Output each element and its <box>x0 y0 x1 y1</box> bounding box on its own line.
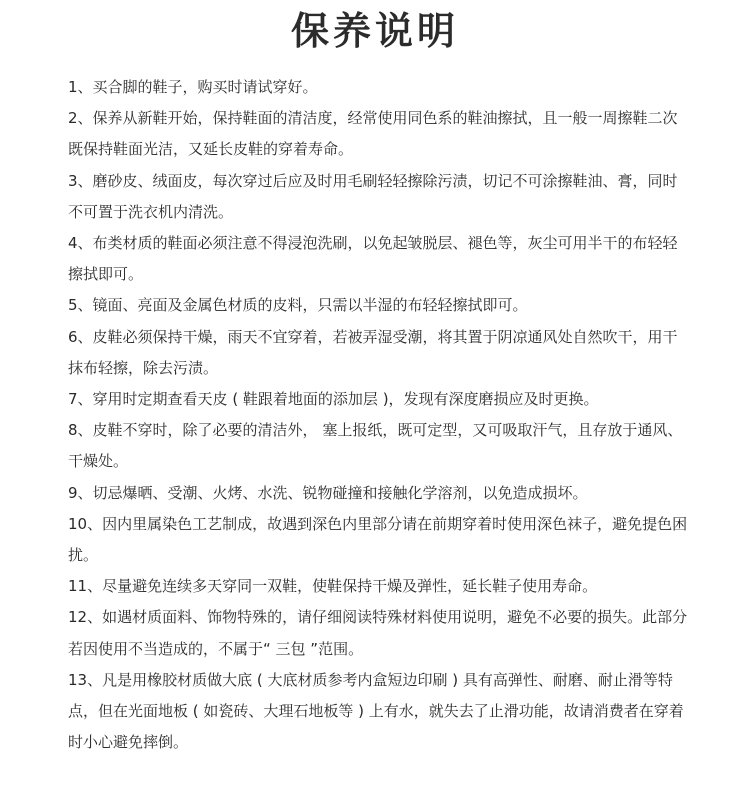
instruction-item-4: 4、布类材质的鞋面必须注意不得浸泡洗刷，以免起皱脱层、褪色等，灰尘可用半干的布轻… <box>68 228 690 290</box>
instruction-item-11: 11、尽量避免连续多天穿同一双鞋，使鞋保持干燥及弹性，延长鞋子使用寿命。 <box>68 571 690 602</box>
page-title: 保养说明 <box>0 6 750 56</box>
instruction-item-7: 7、穿用时定期查看天皮 ( 鞋跟着地面的添加层 )，发现有深度磨损应及时更换。 <box>68 384 690 415</box>
instruction-item-6: 6、皮鞋必须保持干燥，雨天不宜穿着，若被弄湿受潮，将其置于阴凉通风处自然吹干，用… <box>68 322 690 384</box>
instruction-item-10: 10、因内里属染色工艺制成，故遇到深色内里部分请在前期穿着时使用深色袜子，避免提… <box>68 509 690 571</box>
instruction-item-8: 8、皮鞋不穿时，除了必要的清洁外， 塞上报纸，既可定型，又可吸取汗气，且存放于通… <box>68 415 690 477</box>
instruction-item-2: 2、保养从新鞋开始，保持鞋面的清洁度，经常使用同色系的鞋油擦拭，且一般一周擦鞋二… <box>68 103 690 165</box>
instruction-item-13: 13、凡是用橡胶材质做大底 ( 大底材质参考内盒短边印刷 ) 具有高弹性、耐磨、… <box>68 665 690 759</box>
instruction-item-5: 5、镜面、亮面及金属色材质的皮料，只需以半湿的布轻轻擦拭即可。 <box>68 290 690 321</box>
instruction-item-9: 9、切忌爆晒、受潮、火烤、水洗、锐物碰撞和接触化学溶剂，以免造成损坏。 <box>68 478 690 509</box>
instruction-item-3: 3、磨砂皮、绒面皮，每次穿过后应及时用毛刷轻轻擦除污渍，切记不可涂擦鞋油、膏，同… <box>68 166 690 228</box>
instruction-item-1: 1、买合脚的鞋子，购买时请试穿好。 <box>68 72 690 103</box>
care-instructions-list: 1、买合脚的鞋子，购买时请试穿好。 2、保养从新鞋开始，保持鞋面的清洁度，经常使… <box>68 72 690 758</box>
instruction-item-12: 12、如遇材质面料、饰物特殊的，请仔细阅读特殊材料使用说明，避免不必要的损失。此… <box>68 602 690 664</box>
